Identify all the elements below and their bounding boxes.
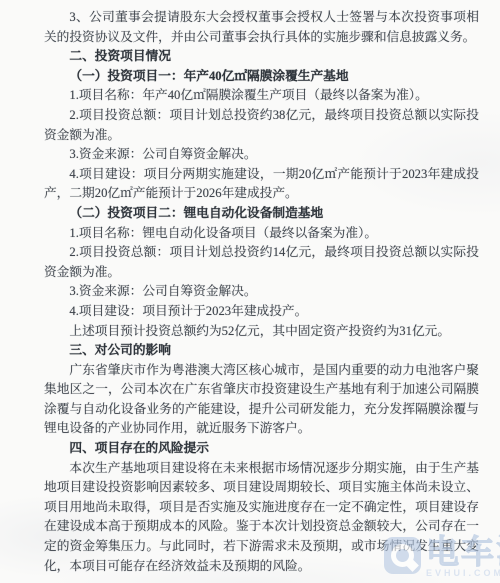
- paragraph: 2.项目投资总额：项目计划总投资约38亿元，最终项目投资总额以实际投资金额为准。: [44, 106, 479, 145]
- section-heading: （一）投资项目一：年产40亿㎡隔膜涂覆生产基地: [44, 67, 479, 87]
- paragraph: 上述项目预计投资总额约为52亿元，其中固定资产投资约为31亿元。: [44, 322, 479, 342]
- paragraph: 广东省肇庆市作为粤港澳大湾区核心城市，是国内重要的动力电池客户聚集地区之一，公司…: [44, 361, 479, 439]
- section-heading: 四、项目存在的风险提示: [44, 439, 479, 459]
- paragraph: 2.项目投资总额：项目计划总投资约14亿元，最终项目投资总额以实际投资金额为准。: [44, 243, 479, 282]
- section-heading: 二、投资项目情况: [44, 47, 479, 67]
- paragraph: 4.项目建设：项目分两期实施建设，一期20亿㎡产能预计于2023年建成投产，二期…: [44, 165, 479, 204]
- paragraph: 1.项目名称：锂电自动化设备项目（最终以备案为准）。: [44, 224, 479, 244]
- paragraph: 1.项目名称：年产40亿㎡隔膜涂覆生产项目（最终以备案为准）。: [44, 86, 479, 106]
- paragraph: 3.资金来源：公司自筹资金解决。: [44, 145, 479, 165]
- document-page: 3、公司董事会提请股东大会授权董事会授权人士签署与本次投资事项相关的投资协议及文…: [0, 0, 500, 583]
- paragraph: 3、公司董事会提请股东大会授权董事会授权人士签署与本次投资事项相关的投资协议及文…: [44, 8, 479, 47]
- section-heading: （二）投资项目二：锂电自动化设备制造基地: [44, 204, 479, 224]
- section-heading: 三、对公司的影响: [44, 341, 479, 361]
- paragraph: 本次生产基地项目建设将在未来根据市场情况逐步分期实施，由于生产基地项目建设投资影…: [44, 459, 479, 577]
- document-body: 3、公司董事会提请股东大会授权董事会授权人士签署与本次投资事项相关的投资协议及文…: [44, 8, 479, 576]
- paragraph: 3.资金来源：公司自筹资金解决。: [44, 282, 479, 302]
- paragraph: 4.项目建设：项目预计于2023年建成投产。: [44, 302, 479, 322]
